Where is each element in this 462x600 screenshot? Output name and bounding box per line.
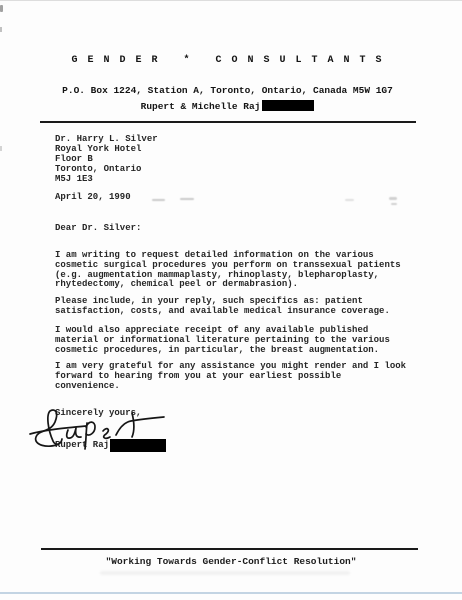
scan-smudge <box>100 571 350 575</box>
org-address: P.O. Box 1224, Station A, Toronto, Ontar… <box>40 85 415 96</box>
footer-motto: "Working Towards Gender-Conflict Resolut… <box>0 556 462 567</box>
body-paragraph: I would also appreciate receipt of any a… <box>55 326 390 355</box>
body-paragraph: I am writing to request detailed informa… <box>55 251 401 290</box>
letter-page: G E N D E R * C O N S U L T A N T S P.O.… <box>0 0 462 600</box>
scan-top-edge <box>0 0 462 1</box>
scan-smudge <box>391 203 397 205</box>
scan-smudge <box>152 199 165 201</box>
footer-rule <box>41 548 418 550</box>
date-line: April 20, 1990 <box>55 192 131 202</box>
recipient-address: Dr. Harry L. Silver Royal York Hotel Flo… <box>55 134 158 184</box>
scan-smudge <box>180 198 194 200</box>
org-name: G E N D E R * C O N S U L T A N T S <box>40 55 415 66</box>
handwritten-signature <box>28 407 168 455</box>
letterhead-rule <box>40 121 416 123</box>
scan-artifact <box>0 146 2 151</box>
body-paragraph: Please include, in your reply, such spec… <box>55 297 390 317</box>
scan-smudge <box>345 199 354 201</box>
scan-artifact <box>0 5 3 12</box>
scan-smudge <box>389 197 397 200</box>
principals-names: Rupert & Michelle Raj <box>141 101 261 112</box>
body-paragraph: I am very grateful for any assistance yo… <box>55 362 406 391</box>
redaction-box <box>262 100 314 111</box>
scan-artifact <box>0 27 2 32</box>
scan-bottom-edge <box>0 592 462 594</box>
principals-line: Rupert & Michelle Raj <box>40 101 415 112</box>
salutation: Dear Dr. Silver: <box>55 223 141 233</box>
